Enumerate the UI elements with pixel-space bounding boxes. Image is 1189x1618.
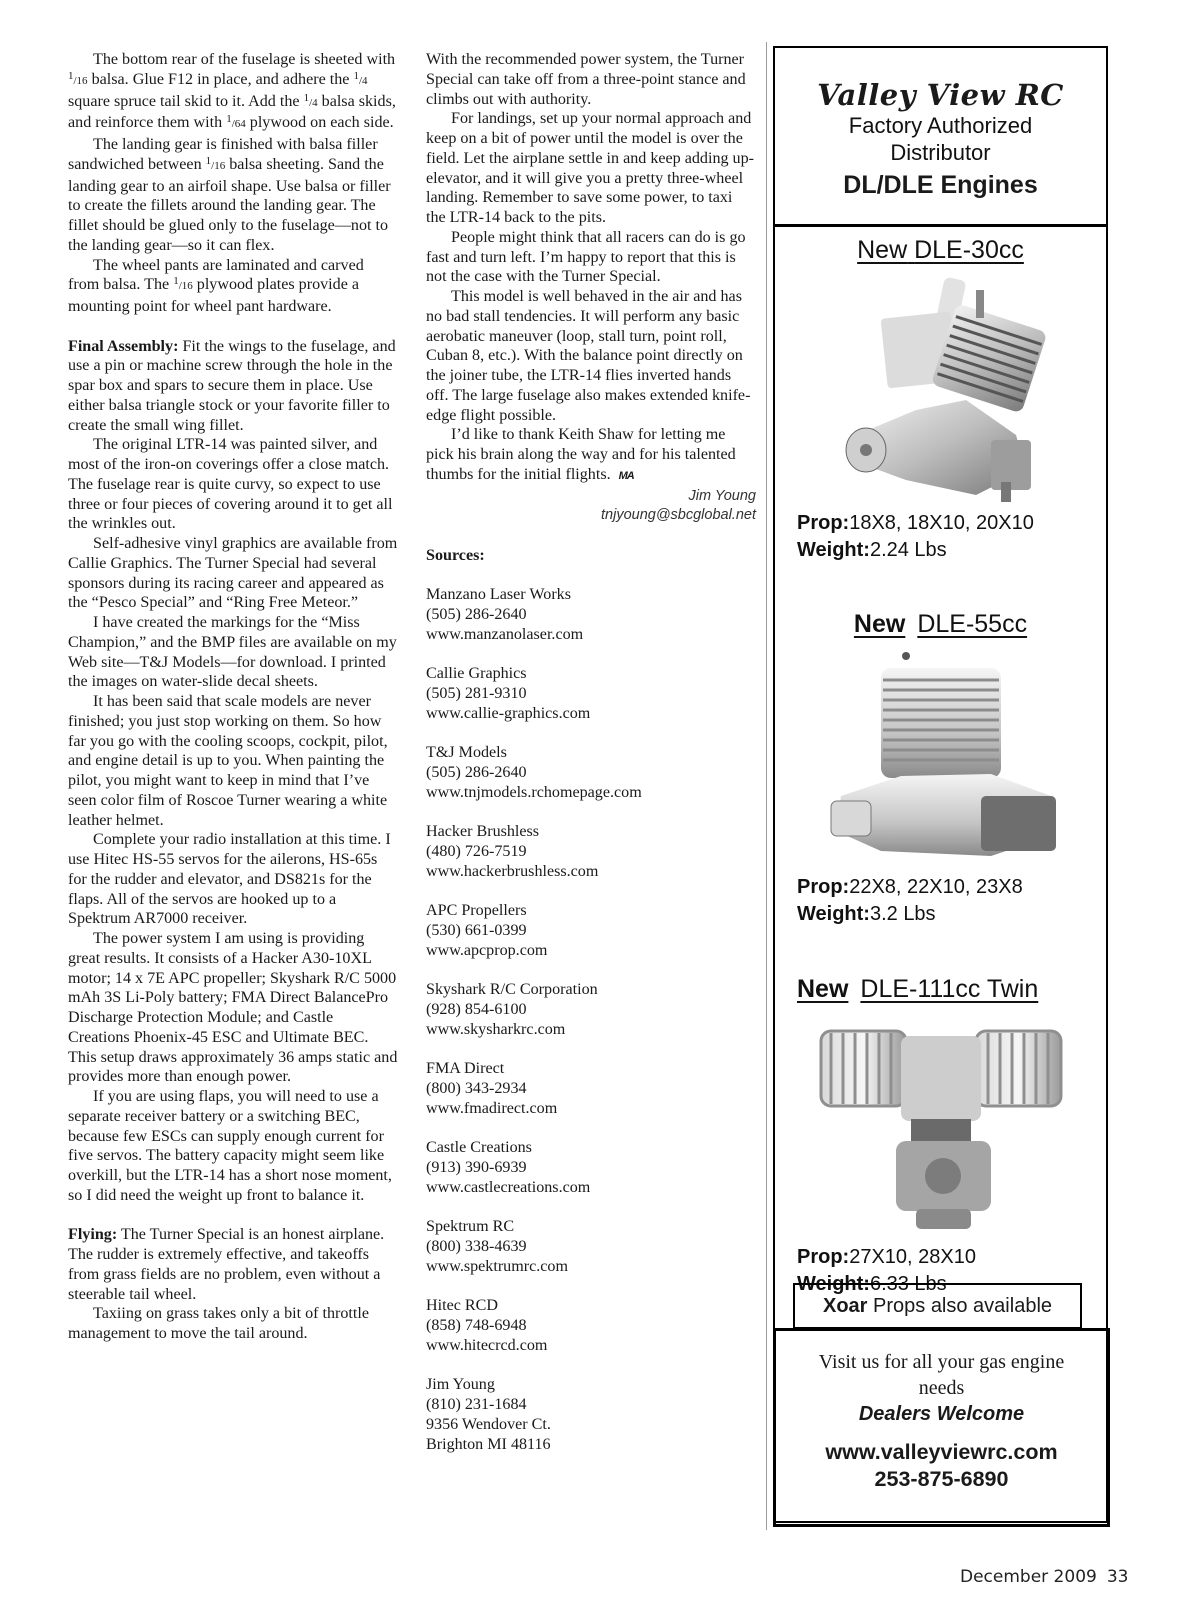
article-paragraph: People might think that all racers can d… [426, 228, 756, 287]
source-entry: Jim Young(810) 231-16849356 Wendover Ct.… [426, 1375, 756, 1454]
article-paragraph: The power system I am using is providing… [68, 929, 398, 1087]
source-detail: Brighton MI 48116 [426, 1435, 756, 1455]
source-name: Manzano Laser Works [426, 585, 756, 605]
fraction: 1/4 [304, 93, 318, 110]
source-detail: (505) 286-2640 [426, 763, 756, 783]
source-detail: (505) 286-2640 [426, 605, 756, 625]
source-website[interactable]: www.apcprop.com [426, 941, 756, 961]
xoar-brand: Xoar [823, 1295, 867, 1317]
source-detail: (530) 661-0399 [426, 921, 756, 941]
fraction: 1/16 [68, 71, 88, 88]
product-model: DLE-30cc [914, 236, 1024, 264]
source-entry: Spektrum RC(800) 338-4639www.spektrumrc.… [426, 1217, 756, 1276]
source-entry: Castle Creations(913) 390-6939www.castle… [426, 1138, 756, 1197]
ad-tagline-2: Distributor [775, 139, 1106, 166]
source-website[interactable]: www.castlecreations.com [426, 1178, 756, 1198]
product-weight: Weight:3.2 Lbs [797, 901, 1106, 928]
ad-header: Valley View RC Factory Authorized Distri… [775, 48, 1106, 227]
product-model: DLE-111cc Twin [860, 975, 1038, 1003]
product-specs: Prop:18X8, 18X10, 20X10 Weight:2.24 Lbs [775, 510, 1106, 564]
section-heading: Final Assembly: [68, 338, 178, 355]
product-prop: Prop:27X10, 28X10 [797, 1244, 1106, 1271]
source-detail: (480) 726-7519 [426, 842, 756, 862]
source-detail: (913) 390-6939 [426, 1158, 756, 1178]
single-cylinder-engine-large-icon [821, 646, 1061, 868]
source-entry: Hacker Brushless(480) 726-7519www.hacker… [426, 822, 756, 881]
article-paragraph: This model is well behaved in the air an… [426, 287, 756, 425]
source-name: Hitec RCD [426, 1296, 756, 1316]
fraction: 1/16 [206, 156, 226, 173]
article-column-2: With the recommended power system, the T… [426, 50, 756, 1474]
page-number: 33 [1107, 1567, 1129, 1587]
valley-view-rc-advertisement: Valley View RC Factory Authorized Distri… [773, 46, 1108, 1523]
source-entry: Hitec RCD(858) 748-6948www.hitecrcd.com [426, 1296, 756, 1355]
column-divider [766, 42, 767, 1530]
source-detail: 9356 Wendover Ct. [426, 1415, 756, 1435]
source-website[interactable]: www.callie-graphics.com [426, 704, 756, 724]
source-website[interactable]: www.spektrumrc.com [426, 1257, 756, 1277]
source-name: Castle Creations [426, 1138, 756, 1158]
product-model: DLE-55cc [917, 610, 1027, 638]
source-entry: FMA Direct(800) 343-2934www.fmadirect.co… [426, 1059, 756, 1118]
sources-list: Manzano Laser Works(505) 286-2640www.man… [426, 585, 756, 1454]
article-paragraph: Taxiing on grass takes only a bit of thr… [68, 1304, 398, 1344]
product-title: New DLE-30cc [775, 234, 1106, 266]
article-paragraph: The bottom rear of the fuselage is sheet… [68, 50, 398, 135]
section-heading: Flying: [68, 1226, 117, 1243]
source-detail: (858) 748-6948 [426, 1316, 756, 1336]
author-email: tnjyoung@sbcglobal.net [426, 506, 756, 526]
product-new-label: New [797, 975, 848, 1003]
source-name: Jim Young [426, 1375, 756, 1395]
ad-phone-number: 253-875-6890 [776, 1466, 1107, 1493]
source-detail: (928) 854-6100 [426, 1000, 756, 1020]
spacer [426, 566, 756, 586]
product-weight: Weight:2.24 Lbs [797, 537, 1106, 564]
source-entry: Skyshark R/C Corporation(928) 854-6100ww… [426, 980, 756, 1039]
source-website[interactable]: www.tnjmodels.rchomepage.com [426, 783, 756, 803]
source-website[interactable]: www.skysharkrc.com [426, 1020, 756, 1040]
source-entry: T&J Models(505) 286-2640www.tnjmodels.rc… [426, 743, 756, 802]
magazine-page: The bottom rear of the fuselage is sheet… [0, 0, 1189, 1618]
source-name: APC Propellers [426, 901, 756, 921]
article-paragraph: Complete your radio installation at this… [68, 830, 398, 929]
article-paragraph: The landing gear is finished with balsa … [68, 135, 398, 256]
article-paragraph: The original LTR-14 was painted silver, … [68, 435, 398, 534]
xoar-props-banner: Xoar Props also available [793, 1283, 1082, 1329]
spacer [68, 317, 398, 337]
article-paragraph: I have created the markings for the “Mis… [68, 613, 398, 692]
issue-date: December 2009 [960, 1567, 1097, 1587]
source-website[interactable]: www.hitecrcd.com [426, 1336, 756, 1356]
spacer [68, 1206, 398, 1226]
ad-footer: Visit us for all your gas engine needs D… [773, 1328, 1110, 1527]
sources-heading: Sources: [426, 546, 756, 566]
xoar-text: Props also available [867, 1295, 1052, 1317]
product-prop: Prop:22X8, 22X10, 23X8 [797, 874, 1106, 901]
fraction: 1/16 [173, 276, 193, 293]
article-paragraph: Self-adhesive vinyl graphics are availab… [68, 534, 398, 613]
article-paragraph: It has been said that scale models are n… [68, 692, 398, 830]
page-folio: December 200933 [960, 1567, 1128, 1587]
product-prop: Prop:18X8, 18X10, 20X10 [797, 510, 1106, 537]
article-paragraph: If you are using flaps, you will need to… [68, 1087, 398, 1206]
source-website[interactable]: www.fmadirect.com [426, 1099, 756, 1119]
article-paragraph: With the recommended power system, the T… [426, 50, 756, 109]
fraction: 1/64 [226, 114, 246, 131]
product-specs: Prop:22X8, 22X10, 23X8 Weight:3.2 Lbs [775, 874, 1106, 928]
source-name: T&J Models [426, 743, 756, 763]
product-dle-55cc: NewDLE-55cc [775, 608, 1106, 928]
spacer [426, 526, 756, 546]
source-detail: (810) 231-1684 [426, 1395, 756, 1415]
source-name: Callie Graphics [426, 664, 756, 684]
article-paragraph: Final Assembly: Fit the wings to the fus… [68, 337, 398, 436]
article-paragraph: The wheel pants are laminated and carved… [68, 256, 398, 317]
ad-engines-title: DL/DLE Engines [775, 168, 1106, 202]
single-cylinder-engine-icon [826, 270, 1056, 506]
product-title: NewDLE-111cc Twin [775, 973, 1106, 1005]
source-detail: (800) 338-4639 [426, 1237, 756, 1257]
article-column-1: The bottom rear of the fuselage is sheet… [68, 50, 398, 1344]
article-column-2-body: With the recommended power system, the T… [426, 50, 756, 487]
article-paragraph: I’d like to thank Keith Shaw for letting… [426, 425, 756, 486]
author-name: Jim Young [426, 487, 756, 507]
source-name: FMA Direct [426, 1059, 756, 1079]
end-mark-icon: MA [619, 470, 634, 482]
product-title: NewDLE-55cc [775, 608, 1106, 640]
source-name: Hacker Brushless [426, 822, 756, 842]
ad-dealers-welcome: Dealers Welcome [776, 1401, 1107, 1427]
product-dle-111cc-twin: NewDLE-111cc Twin [775, 973, 1106, 1298]
ad-brand-name: Valley View RC [775, 78, 1106, 112]
source-website[interactable]: www.hackerbrushless.com [426, 862, 756, 882]
source-entry: Callie Graphics(505) 281-9310www.callie-… [426, 664, 756, 723]
ad-website-link[interactable]: www.valleyviewrc.com [776, 1439, 1107, 1466]
source-entry: Manzano Laser Works(505) 286-2640www.man… [426, 585, 756, 644]
article-paragraph: For landings, set up your normal approac… [426, 109, 756, 228]
ad-border: Valley View RC Factory Authorized Distri… [773, 46, 1108, 1523]
source-website[interactable]: www.manzanolaser.com [426, 625, 756, 645]
product-new-label: New [857, 236, 907, 264]
fraction: 1/4 [353, 71, 367, 88]
product-new-label: New [854, 610, 905, 638]
article-paragraph: Flying: The Turner Special is an honest … [68, 1225, 398, 1304]
twin-cylinder-engine-icon [816, 1011, 1066, 1236]
product-dle-30cc: New DLE-30cc [775, 234, 1106, 564]
source-name: Skyshark R/C Corporation [426, 980, 756, 1000]
source-name: Spektrum RC [426, 1217, 756, 1237]
source-detail: (505) 281-9310 [426, 684, 756, 704]
source-detail: (800) 343-2934 [426, 1079, 756, 1099]
ad-tagline-1: Factory Authorized [775, 112, 1106, 139]
source-entry: APC Propellers(530) 661-0399www.apcprop.… [426, 901, 756, 960]
ad-visit-text: Visit us for all your gas engine needs [776, 1349, 1107, 1401]
